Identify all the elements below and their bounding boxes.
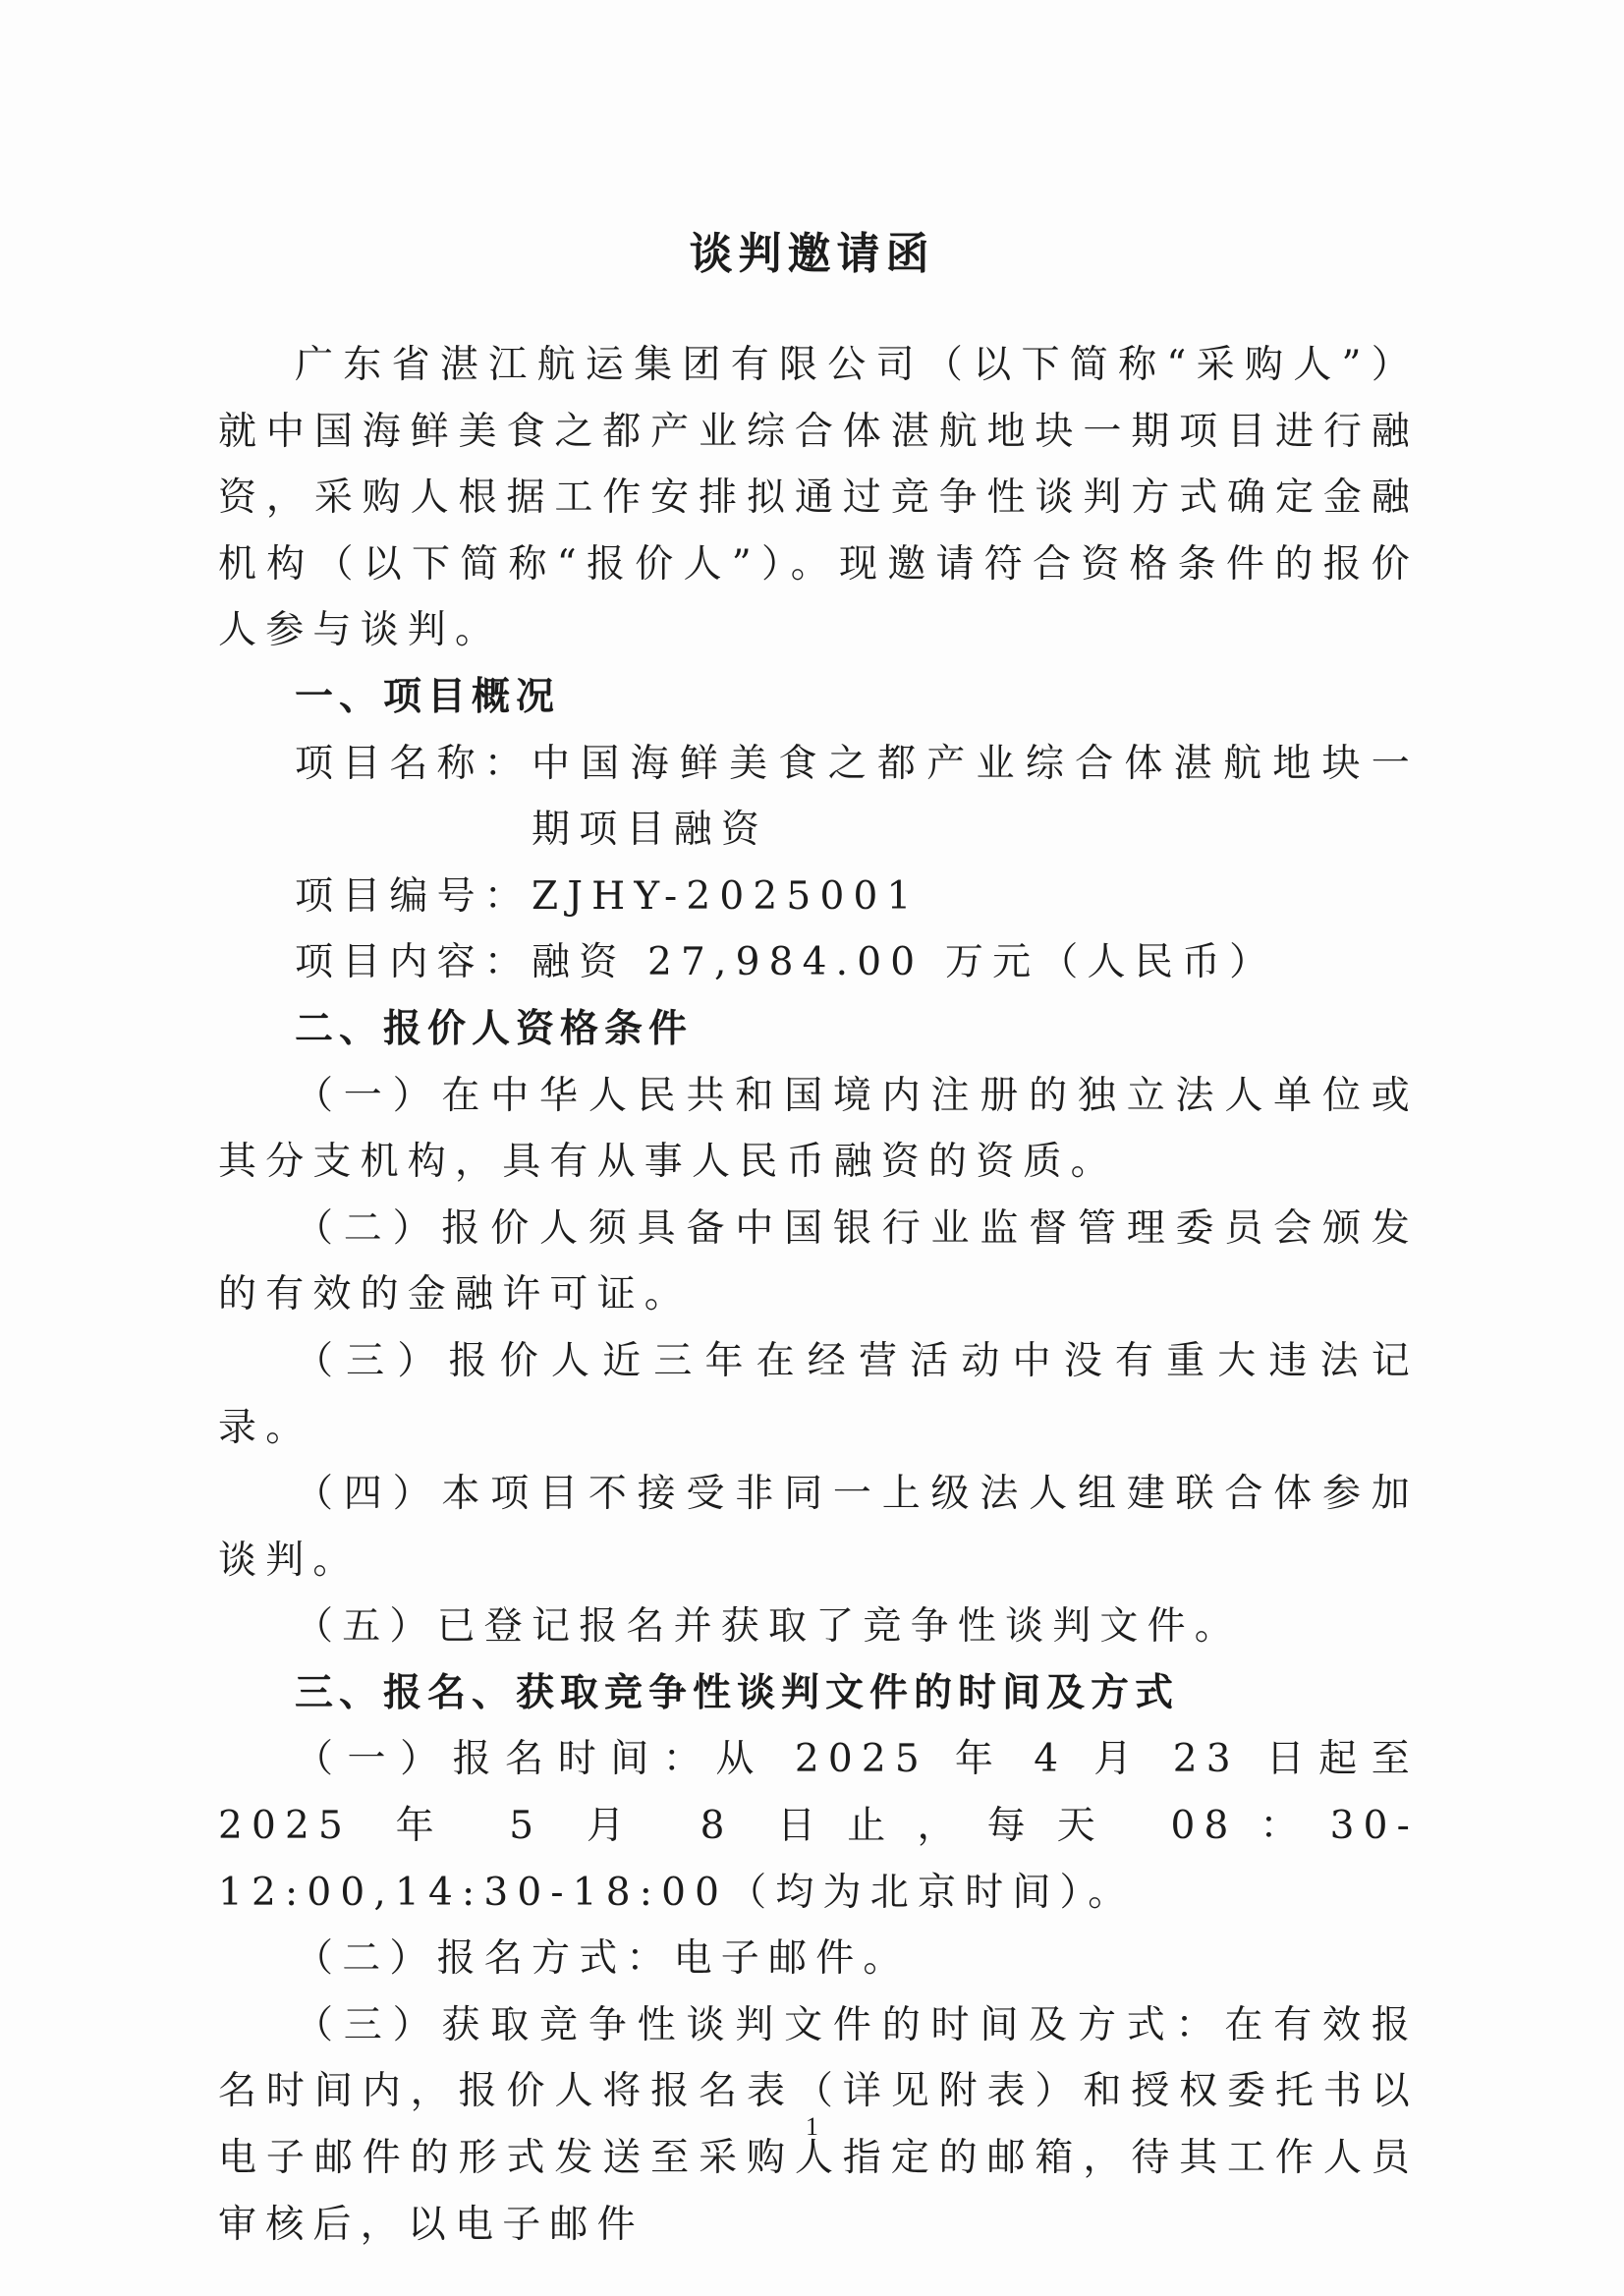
document-title: 谈判邀请函 [0,218,1624,281]
qualification-item: （三）报价人近三年在经营活动中没有重大违法记录。 [218,1328,1419,1461]
registration-item: （一）报名时间：从 2025 年 4 月 23 日起至 2025 年 5 月 8… [218,1726,1419,1926]
document-page: 谈判邀请函 广东省湛江航运集团有限公司（以下简称“采购人”）就中国海鲜美食之都产… [0,0,1624,2296]
field-label: 项目内容： [295,929,532,996]
qualification-item: （一）在中华人民共和国境内注册的独立法人单位或其分支机构，具有从事人民币融资的资… [218,1063,1419,1196]
page-number: 1 [0,2112,1624,2142]
field-value: 中国海鲜美食之都产业综合体湛航地块一期项目融资 [532,731,1419,864]
intro-paragraph: 广东省湛江航运集团有限公司（以下简称“采购人”）就中国海鲜美食之都产业综合体湛航… [218,332,1419,664]
field-project-name: 项目名称： 中国海鲜美食之都产业综合体湛航地块一期项目融资 [218,731,1419,864]
qualification-item: （二）报价人须具备中国银行业监督管理委员会颁发的有效的金融许可证。 [218,1196,1419,1328]
registration-item: （二）报名方式：电子邮件。 [218,1926,1419,1992]
section-heading-qualifications: 二、报价人资格条件 [218,996,1419,1063]
field-label: 项目编号： [295,864,532,930]
section-heading-registration: 三、报名、获取竞争性谈判文件的时间及方式 [218,1660,1419,1727]
qualification-item: （五）已登记报名并获取了竞争性谈判文件。 [218,1594,1419,1660]
field-value: 融资 27,984.00 万元（人民币） [532,929,1419,996]
field-value: ZJHY-2025001 [532,864,1419,930]
document-body: 广东省湛江航运集团有限公司（以下简称“采购人”）就中国海鲜美食之都产业综合体湛航… [218,332,1419,2258]
field-project-number: 项目编号： ZJHY-2025001 [218,864,1419,930]
field-project-content: 项目内容： 融资 27,984.00 万元（人民币） [218,929,1419,996]
field-label: 项目名称： [295,731,532,864]
section-heading-project-overview: 一、项目概况 [218,664,1419,731]
qualification-item: （四）本项目不接受非同一上级法人组建联合体参加谈判。 [218,1461,1419,1594]
